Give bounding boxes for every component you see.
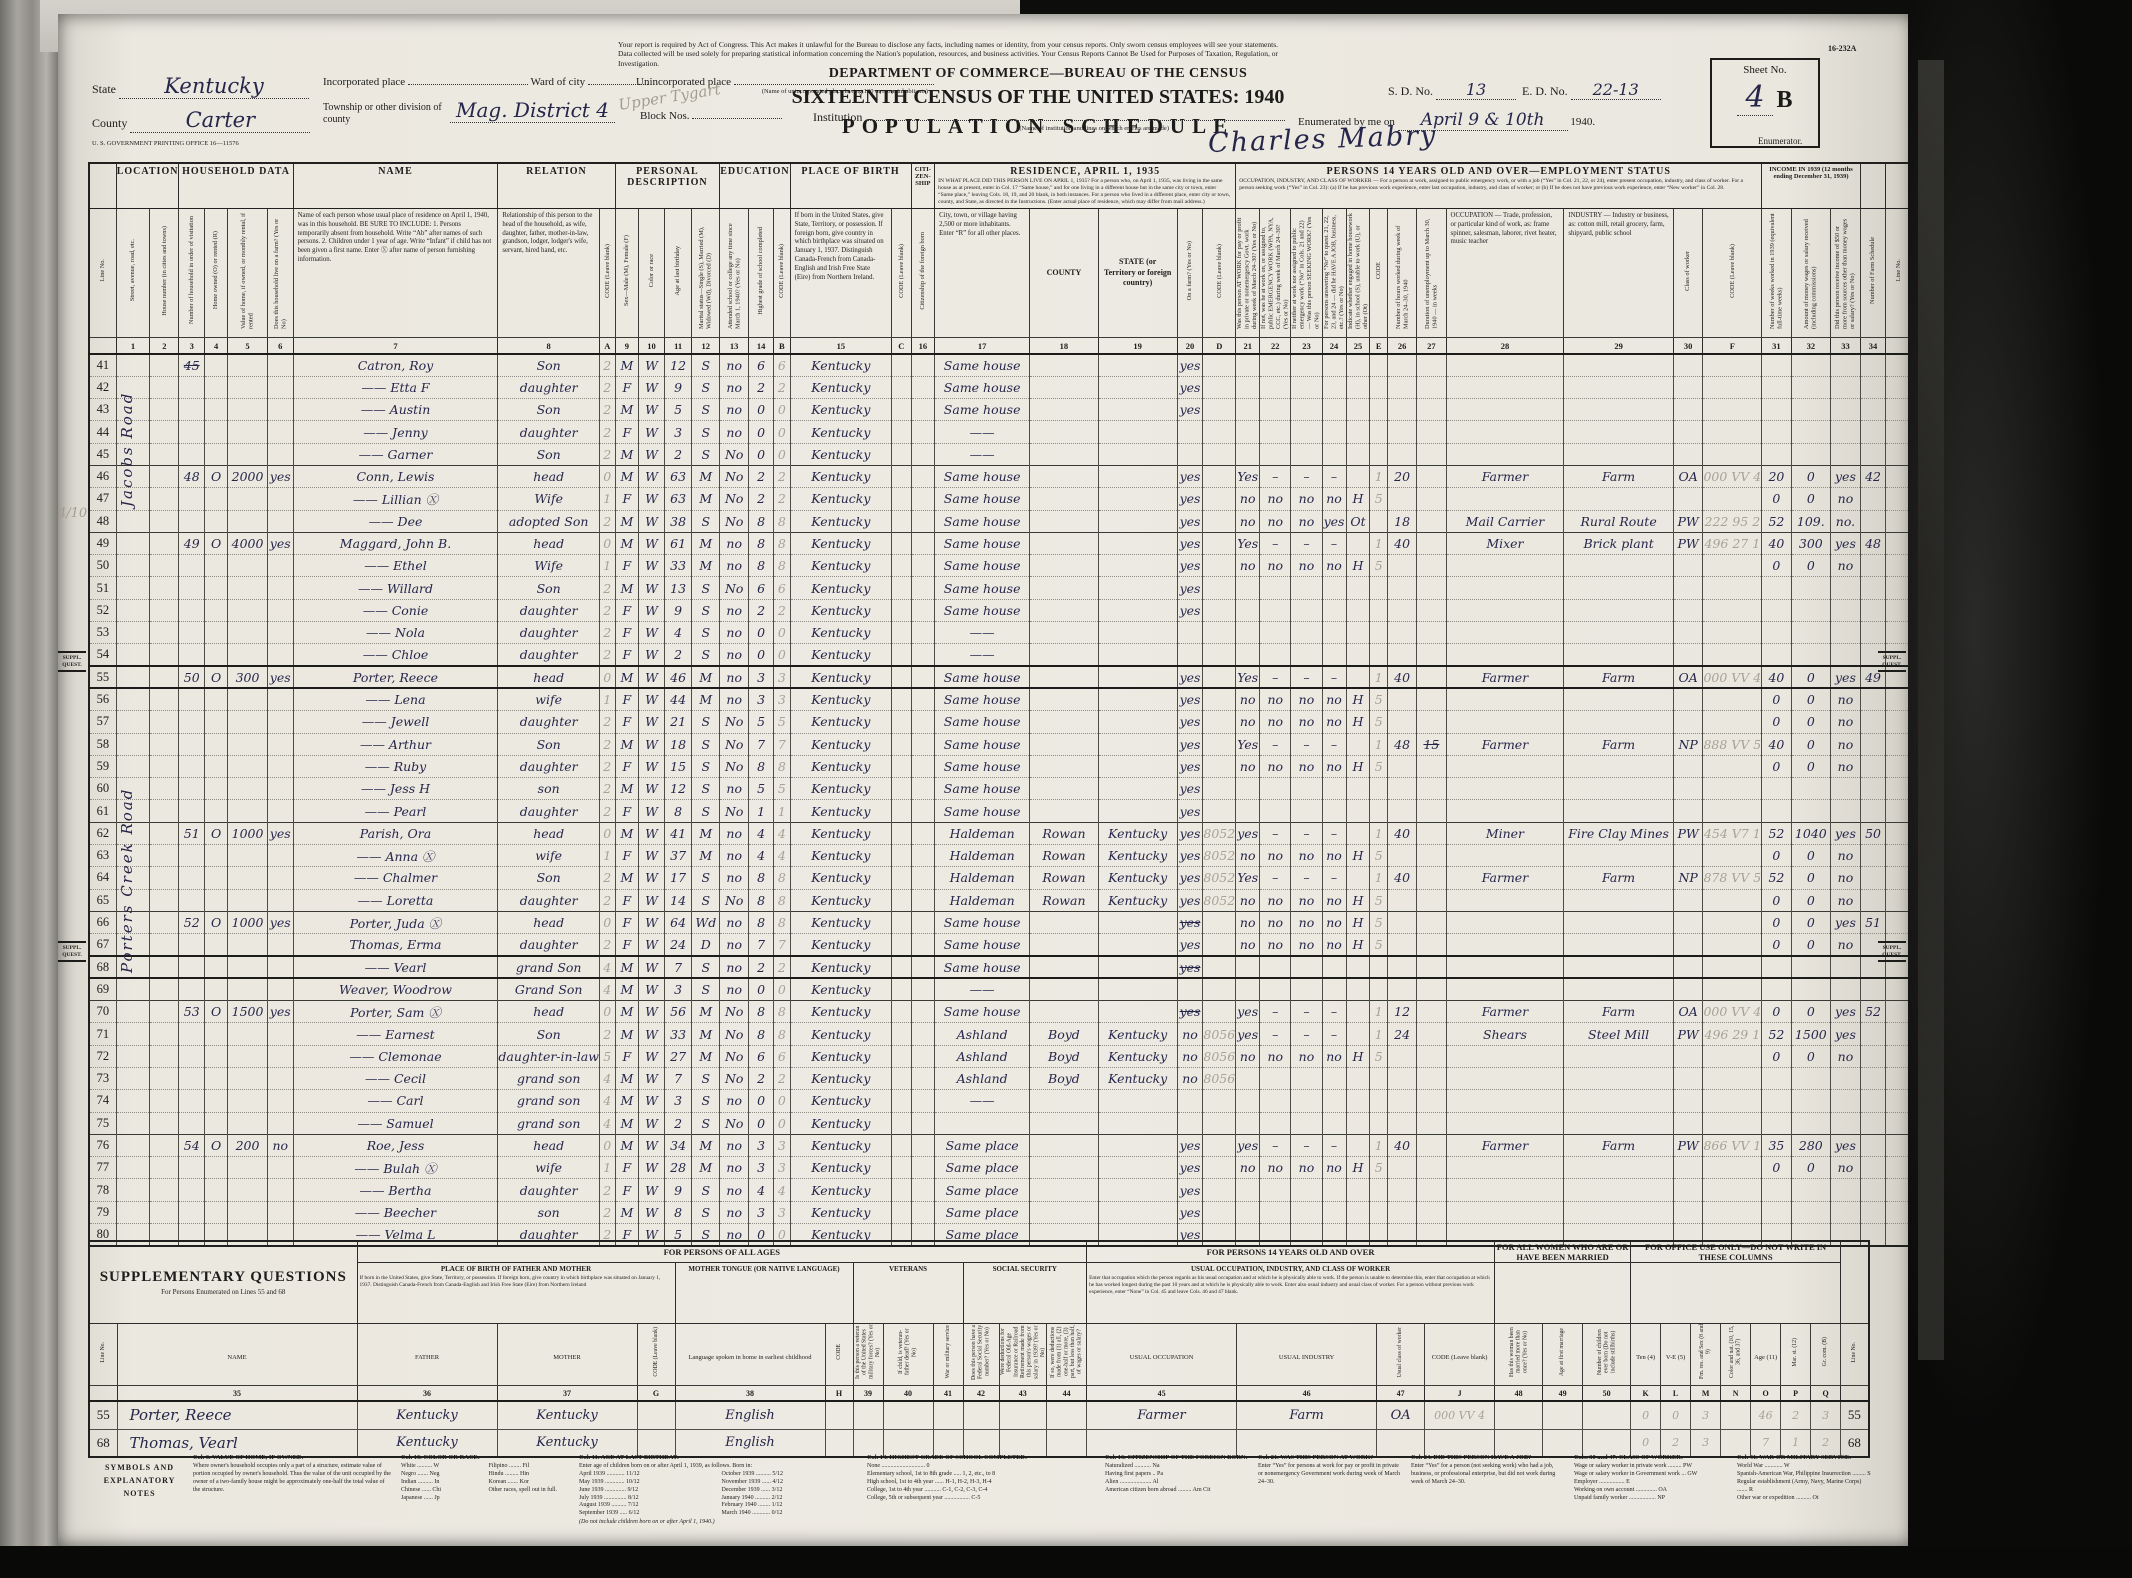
cell-ind: Farm: [1564, 1134, 1674, 1156]
cell-rstate: Kentucky: [1098, 845, 1177, 867]
cell-w24: [1322, 1201, 1346, 1223]
cell-cB: 0: [774, 443, 791, 465]
cell-age: 14: [664, 889, 692, 911]
cell-cD: [1203, 421, 1236, 443]
suppl-colhead-J: CODE (Leave blank): [1425, 1324, 1495, 1386]
cell-w22: no: [1260, 688, 1291, 710]
cell-mar: S: [692, 778, 720, 800]
suppl-cell-v41: [933, 1401, 963, 1429]
cell-sex: F: [615, 688, 639, 710]
cell-occ: Mixer: [1446, 532, 1564, 554]
suppl-colnum-cls: 47: [1377, 1386, 1425, 1402]
cell-val: [228, 622, 268, 644]
cell-cD: [1203, 1201, 1236, 1223]
cell-farm: [267, 1045, 293, 1067]
cell-hh: [179, 889, 205, 911]
cell-w21: yes: [1236, 1001, 1260, 1023]
cell-name: —— Cecil: [293, 1068, 498, 1090]
person-row-56: 56—— Lenawife1FW44Mno33KentuckySame hous…: [89, 688, 1913, 710]
cell-hh: 51: [179, 822, 205, 844]
cell-race: W: [639, 755, 665, 777]
cell-age: 4: [664, 622, 692, 644]
colhead-val: Value of home, if owned, or monthly rent…: [228, 209, 268, 338]
cell-hrs: 40: [1387, 867, 1416, 889]
cell-w25: H: [1346, 688, 1370, 710]
suppl-colhead-G: CODE (Leave blank): [637, 1324, 675, 1386]
colhead-own: Home owned (O) or rented (R): [204, 209, 227, 338]
suppl-colhead-v41: War or military service: [933, 1324, 963, 1386]
cell-race: W: [639, 488, 665, 510]
cell-rcity: Same house: [935, 376, 1030, 398]
colnum-rcity: 17: [935, 338, 1030, 355]
cell-cB: 8: [774, 755, 791, 777]
cell-hh: [179, 555, 205, 577]
cell-race: W: [639, 1112, 665, 1134]
cell-sch: no: [720, 934, 749, 956]
cell-cls: [1673, 934, 1703, 956]
cell-mar: S: [692, 443, 720, 465]
cell-oth: [1831, 978, 1861, 1000]
suppl-cell-L: 0: [1661, 1401, 1691, 1429]
cell-farm: yes: [267, 822, 293, 844]
cell-w24: –: [1322, 465, 1346, 487]
cell-sch: No: [720, 733, 749, 755]
cell-occ: [1446, 934, 1564, 956]
cell-ln: 77: [89, 1157, 116, 1179]
cell-rel: daughter: [498, 889, 600, 911]
cell-wage: 0: [1791, 911, 1831, 933]
cell-cit: [911, 1045, 935, 1067]
cell-fs: [1860, 488, 1886, 510]
cell-own: [204, 755, 227, 777]
cell-wks: [1762, 443, 1791, 465]
cell-sex: M: [615, 822, 639, 844]
colnum-hrs: 26: [1387, 338, 1416, 355]
cell-rcounty: [1030, 399, 1099, 421]
person-row-64: 64—— ChalmerSon2MW17Sno88KentuckyHaldema…: [89, 867, 1913, 889]
cell-cA: 2: [599, 354, 615, 376]
cell-wks: 20: [1762, 465, 1791, 487]
cell-name: —— Willard: [293, 577, 498, 599]
cell-name: Roe, Jess: [293, 1134, 498, 1156]
cell-rcity: Same house: [935, 956, 1030, 978]
cell-cA: 1: [599, 688, 615, 710]
cell-own: [204, 800, 227, 822]
cell-name: —— Conie: [293, 599, 498, 621]
suppl-colnum-occ: 45: [1087, 1386, 1237, 1402]
cell-ln: 54: [89, 644, 116, 666]
cell-cA: 4: [599, 978, 615, 1000]
cell-race: W: [639, 778, 665, 800]
cell-name: —— Earnest: [293, 1023, 498, 1045]
colhead-w24: For persons answering “No” to quest. 21,…: [1322, 209, 1346, 338]
cell-w22: –: [1260, 532, 1291, 554]
cell-w24: –: [1322, 1023, 1346, 1045]
cell-cD: [1203, 934, 1236, 956]
cell-pob: Kentucky: [790, 867, 892, 889]
cell-cF: [1703, 1068, 1762, 1090]
cell-cB: 8: [774, 510, 791, 532]
cell-cD: [1203, 755, 1236, 777]
cell-rel: Son: [498, 354, 600, 376]
cell-rfarm: yes: [1177, 956, 1203, 978]
cell-cB: 2: [774, 488, 791, 510]
county-value: Carter: [130, 108, 310, 133]
cell-wks: 0: [1762, 889, 1791, 911]
cell-wks: [1762, 644, 1791, 666]
cell-occ: [1446, 555, 1564, 577]
cell-w22: [1260, 577, 1291, 599]
cell-w22: [1260, 956, 1291, 978]
cell-fs: 51: [1860, 911, 1886, 933]
cell-hh: [179, 443, 205, 465]
suppl-colnum-v40: 40: [883, 1386, 933, 1402]
cell-mar: M: [692, 532, 720, 554]
suppl-colhead-w48: Has this woman been married more than on…: [1495, 1324, 1543, 1386]
cell-cB: 2: [774, 465, 791, 487]
cell-rcounty: [1030, 666, 1099, 688]
cell-hno2: [150, 1201, 179, 1223]
cell-w25: H: [1346, 755, 1370, 777]
cell-cC: [892, 354, 911, 376]
cell-farm: [267, 934, 293, 956]
cell-val: [228, 354, 268, 376]
cell-hh: [179, 1068, 205, 1090]
cell-cE: [1370, 577, 1388, 599]
cell-occ: [1446, 488, 1564, 510]
sd-label: S. D. No.: [1388, 84, 1433, 98]
cell-age: 61: [664, 532, 692, 554]
cell-own: [204, 711, 227, 733]
cell-wage: [1791, 1068, 1831, 1090]
cell-rcity: ——: [935, 421, 1030, 443]
cell-race: W: [639, 867, 665, 889]
cell-cC: [892, 1045, 911, 1067]
cell-cA: 2: [599, 1201, 615, 1223]
colhead-cE: CODE: [1370, 209, 1388, 338]
cell-hh: [179, 934, 205, 956]
cell-wage: 300: [1791, 532, 1831, 554]
cell-rcity: Ashland: [935, 1023, 1030, 1045]
suppl-colhead-occ: USUAL OCCUPATION: [1087, 1324, 1237, 1386]
cell-own: O: [204, 465, 227, 487]
cell-rcounty: [1030, 443, 1099, 465]
cell-rstate: [1098, 399, 1177, 421]
cell-cC: [892, 822, 911, 844]
cell-sch: No: [720, 488, 749, 510]
cell-own: [204, 555, 227, 577]
cell-rfarm: no: [1177, 1068, 1203, 1090]
cell-w24: [1322, 800, 1346, 822]
suppl-colnum-w49: 49: [1543, 1386, 1583, 1402]
cell-hrs: [1387, 755, 1416, 777]
cell-w24: –: [1322, 1001, 1346, 1023]
cell-occ: Farmer: [1446, 1134, 1564, 1156]
cell-dur: [1417, 1112, 1446, 1134]
person-row-76: 7654O200noRoe, Jesshead0MW34Mno33Kentuck…: [89, 1134, 1913, 1156]
cell-dur: [1417, 978, 1446, 1000]
suppl-colhead-N: Color and nat. (10, 15, 36, and 37): [1721, 1324, 1751, 1386]
gpo-line: U. S. GOVERNMENT PRINTING OFFICE 16—1157…: [92, 140, 239, 147]
cell-ind: [1564, 778, 1674, 800]
cell-val: [228, 1179, 268, 1201]
cell-w23: [1291, 622, 1322, 644]
colhead-sex: Sex—Male (M), Female (F): [615, 209, 639, 338]
cell-ind: [1564, 800, 1674, 822]
cell-rstate: [1098, 599, 1177, 621]
cell-sch: no: [720, 978, 749, 1000]
cell-rcity: [935, 1112, 1030, 1134]
cell-age: 2: [664, 1112, 692, 1134]
cell-hh: [179, 1112, 205, 1134]
cell-w23: [1291, 354, 1322, 376]
cell-rfarm: yes: [1177, 488, 1203, 510]
cell-sch: no: [720, 666, 749, 688]
cell-w24: [1322, 644, 1346, 666]
cell-val: [228, 778, 268, 800]
cell-w25: H: [1346, 1045, 1370, 1067]
suppl-colnum-H: H: [825, 1386, 853, 1402]
cell-val: [228, 733, 268, 755]
cell-age: 8: [664, 1201, 692, 1223]
cell-w23: [1291, 1068, 1322, 1090]
cell-w25: H: [1346, 845, 1370, 867]
colnum-mar: 12: [692, 338, 720, 355]
cell-sex: M: [615, 956, 639, 978]
cell-hno2: [150, 532, 179, 554]
block-field: Block Nos.: [640, 110, 782, 122]
cell-wks: [1762, 421, 1791, 443]
cell-w21: no: [1236, 1045, 1260, 1067]
cell-w21: [1236, 1068, 1260, 1090]
person-row-54: 54—— Chloedaughter2FW2Sno00Kentucky——: [89, 644, 1913, 666]
cell-rfarm: yes: [1177, 845, 1203, 867]
cell-rcounty: [1030, 1201, 1099, 1223]
cell-fs: [1860, 399, 1886, 421]
cell-cit: [911, 421, 935, 443]
cell-w24: [1322, 599, 1346, 621]
cell-w23: [1291, 577, 1322, 599]
colhead-w25: Indicate whether engaged in home housewo…: [1346, 209, 1370, 338]
cell-cls: [1673, 1068, 1703, 1090]
colhead-mar: Marital status—Single (S), Married (M), …: [692, 209, 720, 338]
colhead-cC: CODE (Leave blank): [892, 209, 911, 338]
cell-rstate: Kentucky: [1098, 822, 1177, 844]
cell-dur: [1417, 1068, 1446, 1090]
suppl-cell-s42: [963, 1401, 999, 1429]
cell-cB: 0: [774, 1112, 791, 1134]
cell-sex: F: [615, 421, 639, 443]
cell-occ: [1446, 978, 1564, 1000]
note-block-8: Cols. 30 and 47. CLASS OF WORKER:Wage or…: [1571, 1452, 1731, 1546]
person-row-71: 71—— EarnestSon2MW33MNo88KentuckyAshland…: [89, 1023, 1913, 1045]
cell-wage: [1791, 778, 1831, 800]
cell-hh: [179, 510, 205, 532]
cell-dur: [1417, 1157, 1446, 1179]
cell-hno2: [150, 1157, 179, 1179]
cell-rel: grand Son: [498, 956, 600, 978]
cell-oth: [1831, 622, 1861, 644]
note-block-0: SYMBOLS AND EXPLANATORY NOTES: [92, 1452, 187, 1546]
cell-gr: 7: [749, 733, 774, 755]
cell-w25: [1346, 1201, 1370, 1223]
cell-name: —— Bertha: [293, 1179, 498, 1201]
colnum-wks: 31: [1762, 338, 1791, 355]
cell-cls: [1673, 644, 1703, 666]
cell-cE: [1370, 622, 1388, 644]
cell-ln: 42: [89, 376, 116, 398]
cell-w24: [1322, 443, 1346, 465]
suppl-quest-marker-68-right: SUPPL. QUEST.: [1878, 941, 1906, 962]
cell-cE: [1370, 421, 1388, 443]
unincorporated-sub: (Name of unincorporated place having 100…: [756, 88, 934, 96]
cell-cit: [911, 711, 935, 733]
cell-fs: [1860, 1112, 1886, 1134]
cell-rcounty: Rowan: [1030, 867, 1099, 889]
cell-sex: F: [615, 889, 639, 911]
cell-rstate: [1098, 354, 1177, 376]
cell-w22: no: [1260, 845, 1291, 867]
cell-cA: 2: [599, 376, 615, 398]
colnum-cE: E: [1370, 338, 1388, 355]
cell-ln: 70: [89, 1001, 116, 1023]
cell-rel: head: [498, 532, 600, 554]
cell-hrs: 20: [1387, 465, 1416, 487]
cell-w23: –: [1291, 1001, 1322, 1023]
cell-val: [228, 510, 268, 532]
cell-cE: [1370, 1068, 1388, 1090]
cell-hno2: [150, 465, 179, 487]
group-relation: RELATION: [498, 163, 615, 209]
cell-hno2: [150, 488, 179, 510]
cell-fs: [1860, 978, 1886, 1000]
cell-rfarm: [1177, 622, 1203, 644]
cell-cA: 2: [599, 622, 615, 644]
colhead-oth: Did this person receive income of $50 or…: [1831, 209, 1861, 338]
colhead-wage: Amount of money wages or salary received…: [1791, 209, 1831, 338]
cell-sch: No: [720, 577, 749, 599]
cell-cC: [892, 778, 911, 800]
cell-rel: Son: [498, 577, 600, 599]
suppl-colnum-ln: [89, 1386, 117, 1402]
cell-race: W: [639, 1179, 665, 1201]
cell-w24: no: [1322, 911, 1346, 933]
cell-val: [228, 688, 268, 710]
cell-val: [228, 1112, 268, 1134]
cell-rcity: Same house: [935, 354, 1030, 376]
cell-oth: [1831, 1068, 1861, 1090]
cell-gr: 5: [749, 711, 774, 733]
cell-rcity: Same house: [935, 488, 1030, 510]
cell-ln: 56: [89, 688, 116, 710]
cell-w23: –: [1291, 1023, 1322, 1045]
cell-own: [204, 1023, 227, 1045]
cell-pob: Kentucky: [790, 688, 892, 710]
cell-wage: 0: [1791, 555, 1831, 577]
cell-cF: [1703, 399, 1762, 421]
cell-cD: [1203, 778, 1236, 800]
cell-rfarm: [1177, 421, 1203, 443]
cell-hrs: [1387, 443, 1416, 465]
cell-occ: [1446, 622, 1564, 644]
cell-rfarm: yes: [1177, 532, 1203, 554]
suppl-colhead-mother: MOTHER: [497, 1324, 637, 1386]
cell-dur: [1417, 1045, 1446, 1067]
colnum-wage: 32: [1791, 338, 1831, 355]
cell-gr: 6: [749, 577, 774, 599]
cell-ln: 76: [89, 1134, 116, 1156]
cell-cls: [1673, 354, 1703, 376]
cell-pob: Kentucky: [790, 978, 892, 1000]
cell-name: Catron, Roy: [293, 354, 498, 376]
cell-w25: [1346, 1068, 1370, 1090]
cell-cB: 2: [774, 1068, 791, 1090]
enumerated-year: 1940.: [1570, 116, 1595, 128]
cell-dur: [1417, 867, 1446, 889]
cell-w22: [1260, 1090, 1291, 1112]
cell-w24: –: [1322, 822, 1346, 844]
cell-race: W: [639, 1090, 665, 1112]
cell-hrs: [1387, 1045, 1416, 1067]
cell-hno2: [150, 978, 179, 1000]
cell-hh: [179, 800, 205, 822]
cell-cF: 222 95 2: [1703, 510, 1762, 532]
cell-w21: no: [1236, 688, 1260, 710]
cell-rfarm: yes: [1177, 555, 1203, 577]
cell-ind: Rural Route: [1564, 510, 1674, 532]
cell-w25: [1346, 733, 1370, 755]
cell-hh: [179, 688, 205, 710]
suppl-colhead-cls: Usual class of worker: [1377, 1324, 1425, 1386]
cell-farm: [267, 1112, 293, 1134]
cell-name: —— Lillian Ⓧ: [293, 488, 498, 510]
cell-hno2: [150, 421, 179, 443]
cell-fs: [1860, 421, 1886, 443]
cell-ln: 61: [89, 800, 116, 822]
cell-w25: [1346, 800, 1370, 822]
cell-w22: no: [1260, 889, 1291, 911]
cell-w24: [1322, 376, 1346, 398]
cell-ind: [1564, 1201, 1674, 1223]
cell-w24: [1322, 577, 1346, 599]
cell-rcity: Same house: [935, 399, 1030, 421]
cell-name: Maggard, John B.: [293, 532, 498, 554]
cell-cF: [1703, 934, 1762, 956]
cell-hrs: 12: [1387, 1001, 1416, 1023]
cell-rcounty: [1030, 465, 1099, 487]
colhead-w23: If neither at work nor assigned to publi…: [1291, 209, 1322, 338]
cell-cA: 2: [599, 599, 615, 621]
cell-mar: S: [692, 399, 720, 421]
person-row-42: 42—— Etta Fdaughter2FW9Sno22KentuckySame…: [89, 376, 1913, 398]
cell-w23: –: [1291, 733, 1322, 755]
cell-rel: daughter: [498, 421, 600, 443]
cell-w23: no: [1291, 755, 1322, 777]
cell-hrs: [1387, 978, 1416, 1000]
cell-hh: [179, 1201, 205, 1223]
cell-w23: –: [1291, 465, 1322, 487]
cell-name: —— Lena: [293, 688, 498, 710]
cell-dur: [1417, 1001, 1446, 1023]
cell-wage: 0: [1791, 711, 1831, 733]
cell-gr: 2: [749, 376, 774, 398]
cell-oth: [1831, 778, 1861, 800]
cell-race: W: [639, 644, 665, 666]
cell-w24: [1322, 956, 1346, 978]
cell-rel: daughter: [498, 800, 600, 822]
cell-cit: [911, 465, 935, 487]
suppl-cell-occ: Farmer: [1087, 1401, 1237, 1429]
